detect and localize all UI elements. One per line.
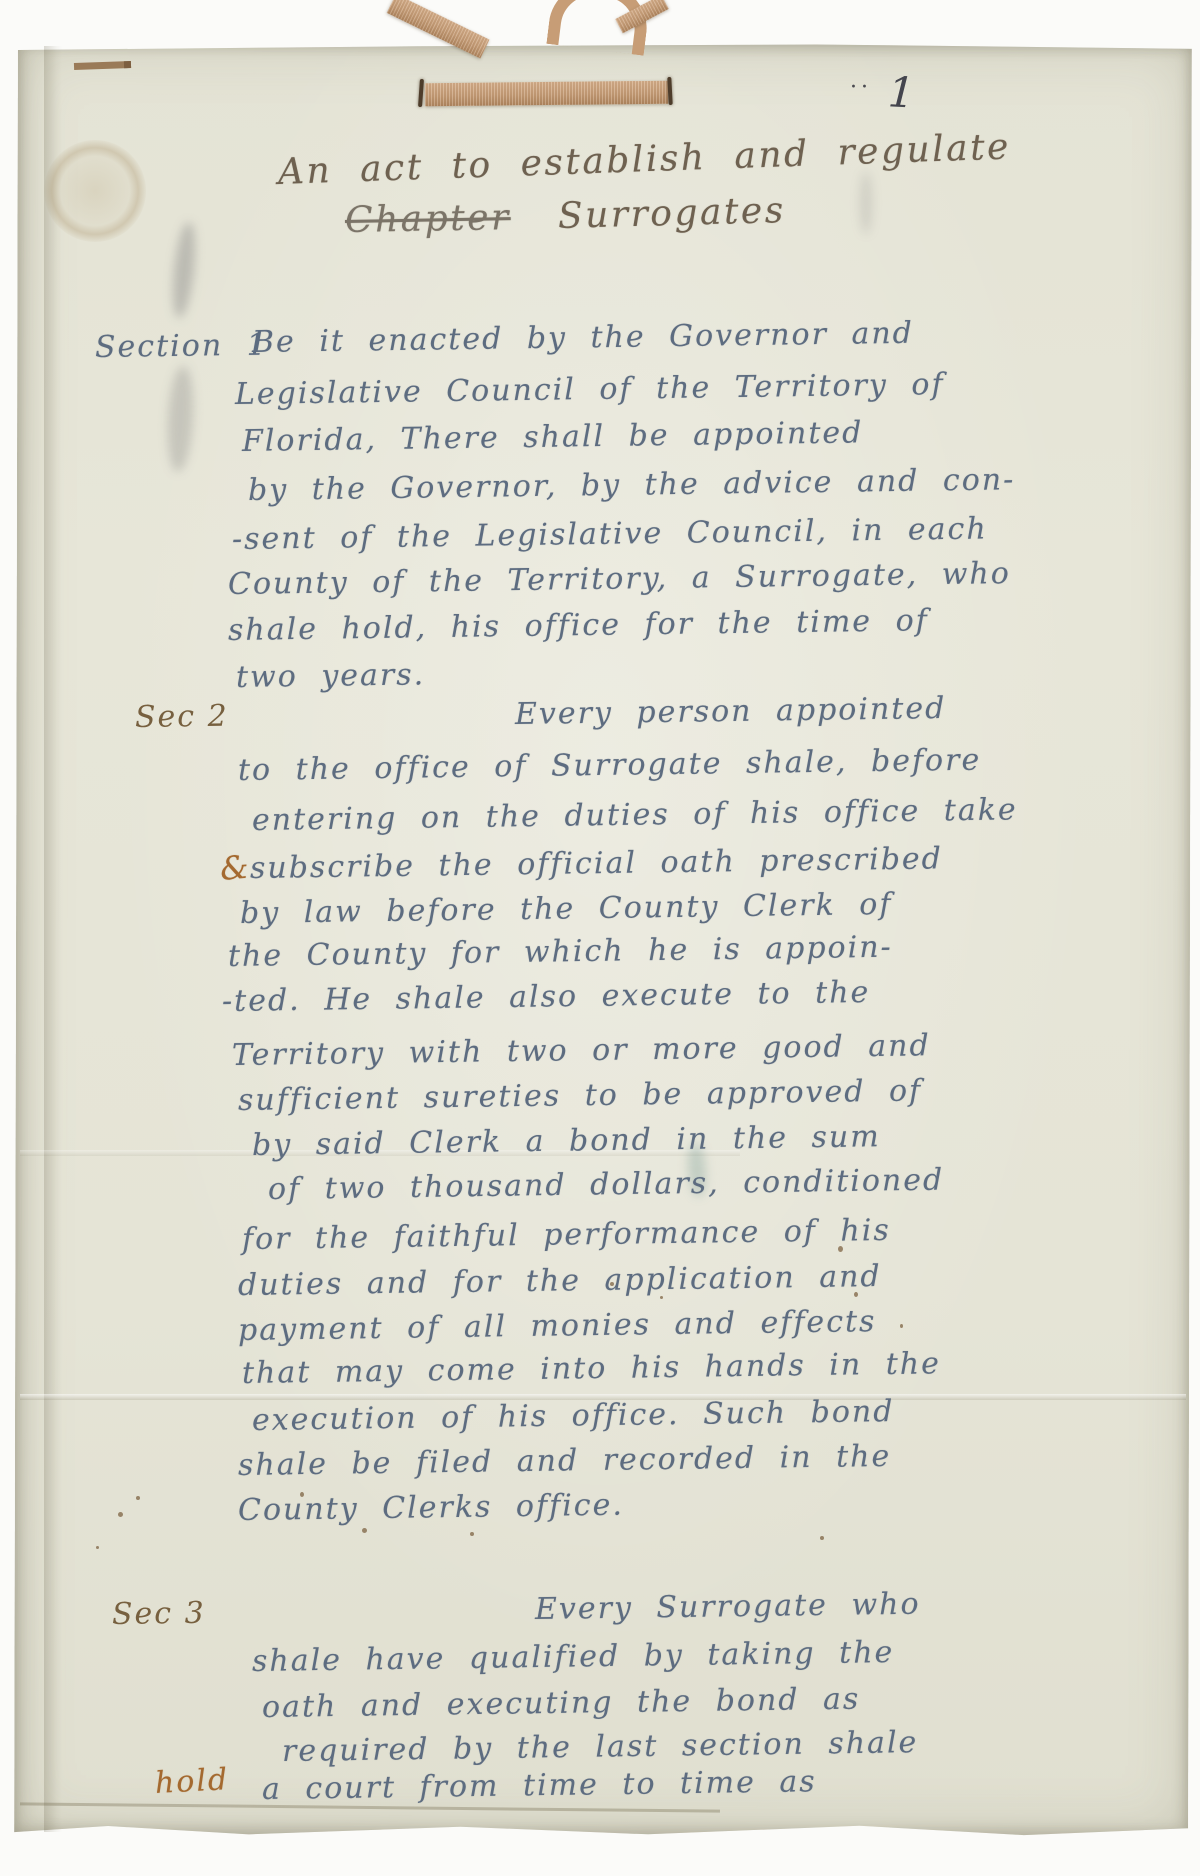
struck-word: Chapter xyxy=(345,197,511,241)
ink-dots: ·· xyxy=(850,86,876,92)
manuscript-line: Every Surrogate who xyxy=(535,1587,921,1627)
title-subject: Surrogates xyxy=(557,190,786,237)
page-number: 1 xyxy=(887,67,916,117)
section-2-marker: Sec 2 xyxy=(135,699,229,735)
manuscript-line: Every person appointed xyxy=(515,691,947,732)
vertical-fold-shadow xyxy=(44,46,62,1832)
water-stain xyxy=(44,140,146,242)
marginal-insertion-hold: hold xyxy=(154,1762,230,1801)
binding-ribbon-band xyxy=(425,81,668,107)
scanned-manuscript-page: ·· 1 An act to establish and regulate Ch… xyxy=(0,0,1200,1876)
caret-insertion-ampersand: & xyxy=(218,848,250,888)
section-3-marker: Sec 3 xyxy=(112,1596,206,1632)
section-1-marker: Section 1 xyxy=(95,328,268,365)
ink-smudge xyxy=(860,172,872,234)
manuscript-line: County Clerks office. xyxy=(238,1488,624,1528)
manuscript-line: two years. xyxy=(236,657,426,695)
